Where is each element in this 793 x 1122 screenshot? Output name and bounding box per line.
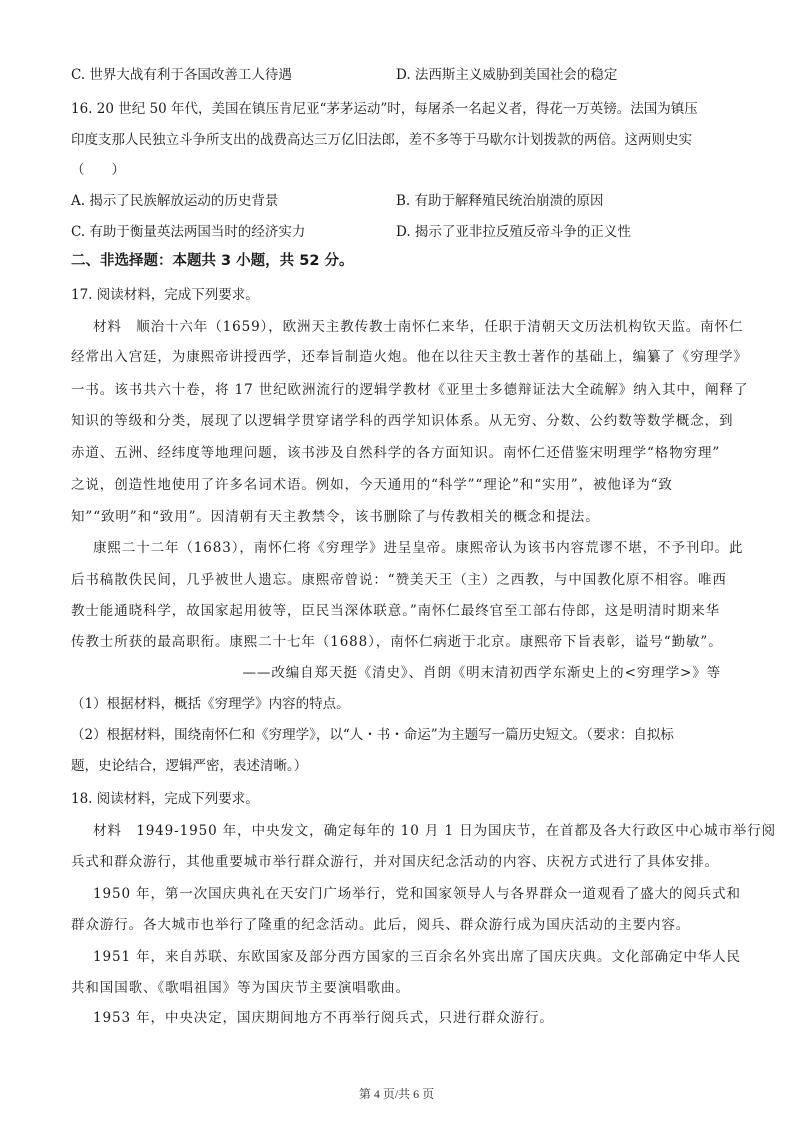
q17-material-line: 知识的等级和分类，展现了以逻辑学贯穿诸学科的西学知识体系。从无穷、分数、公约数等…	[71, 412, 733, 430]
q17-sub-question-2-cont: 题，史论结合，逻辑严密，表述清晰。）	[71, 757, 307, 775]
q17-source-citation: ——改编自郑天挺《清史》、肖朗《明末清初西学东渐史上的<穷理学>》等	[243, 664, 721, 682]
q17-material-line: 传教士所获的最高职衔。康熙二十七年（1688），南怀仁病逝于北京。康熙帝下旨表彰…	[71, 633, 723, 651]
q17-material-line: 之说，创造性地使用了许多名词术语。例如，今天通用的“科学”“理论”和“实用”，被…	[71, 476, 673, 494]
q17-sub-question-1: （1）根据材料，概括《穷理学》内容的特点。	[71, 695, 350, 713]
q17-material-line: 一书。该书共六十卷，将 17 世纪欧洲流行的逻辑学教材《亚里士多德辩证法大全疏解…	[71, 381, 748, 399]
section-heading: 二、非选择题：本题共 3 小题，共 52 分。	[71, 252, 353, 270]
q18-material-line: 材料 1949-1950 年，中央发文，确定每年的 10 月 1 日为国庆节，在…	[93, 822, 776, 840]
q16-option-a: A. 揭示了民族解放运动的历史背景	[71, 192, 278, 210]
q18-material-line: 1950 年，第一次国庆典礼在天安门广场举行，党和国家领导人与各界群众一道观看了…	[93, 885, 741, 903]
q16-stem-line-1: 16. 20 世纪 50 年代，美国在镇压肯尼亚“茅茅运动”时，每屠杀一名起义者…	[71, 100, 698, 118]
q17-material-line: 教士能通晓科学，故国家起用彼等，臣民当深体联意。”南怀仁最终官至工部右侍郎，这是…	[71, 602, 720, 620]
q18-material-line: 1953 年，中央决定，国庆期间地方不再举行阅兵式，只进行群众游行。	[93, 1009, 554, 1027]
q16-option-c: C. 有助于衡量英法两国当时的经济实力	[71, 223, 305, 241]
q15-option-d: D. 法西斯主义威胁到美国社会的稳定	[396, 66, 617, 84]
q16-answer-blank: （ ）	[71, 161, 125, 179]
q16-option-b: B. 有助于解释殖民统治崩溃的原因	[396, 192, 604, 210]
q17-title: 17. 阅读材料，完成下列要求。	[71, 286, 259, 304]
q17-material-line: 材料 顺治十六年（1659），欧洲天主教传教士南怀仁来华，任职于清朝天文历法机构…	[93, 318, 743, 336]
q17-material-line: 赤道、五洲、经纬度等地理问题，该书涉及自然科学的各方面知识。南怀仁还借鉴宋明理学…	[71, 444, 720, 462]
q16-option-d: D. 揭示了亚非拉反殖反帝斗争的正义性	[396, 223, 631, 241]
q18-material-line: 群众游行。各大城市也举行了隆重的纪念活动。此后，阅兵、群众游行成为国庆活动的主要…	[71, 916, 690, 934]
q17-material-line: 知”“致明”和“致用”。因清朝有天主教禁令，该书删除了与传教相关的概念和提法。	[71, 508, 600, 526]
page-number: 第 4 页/共 6 页	[0, 1085, 793, 1102]
q17-sub-question-2: （2）根据材料，围绕南怀仁和《穷理学》，以“人・书・命运”为主题写一篇历史短文。…	[71, 726, 674, 744]
q18-material-line: 共和国国歌、《歌唱祖国》等为国庆节主要演唱歌曲。	[71, 979, 410, 997]
q18-material-line: 1951 年，来自苏联、东欧国家及部分西方国家的三百余名外宾出席了国庆庆典。文化…	[93, 948, 741, 966]
q16-stem-line-2: 印度支那人民独立斗争所支出的战费高达三万亿旧法郎，差不多等于马歇尔计划拨款的两倍…	[71, 131, 692, 149]
q17-material-line: 康熙二十二年（1683），南怀仁将《穷理学》进呈皇帝。康熙帝认为该书内容荒谬不堪…	[93, 539, 743, 557]
q18-title: 18. 阅读材料，完成下列要求。	[71, 790, 259, 808]
q15-option-c: C. 世界大战有利于各国改善工人待遇	[71, 66, 292, 84]
q17-material-line: 经常出入宫廷，为康熙帝讲授西学，还奉旨制造火炮。他在以往天主教士著作的基础上，编…	[71, 348, 748, 366]
q17-material-line: 后书稿散佚民间，几乎被世人遗忘。康熙帝曾说：“赞美天王（主）之西教，与中国教化原…	[71, 571, 727, 589]
q18-material-line: 兵式和群众游行，其他重要城市举行群众游行，并对国庆纪念活动的内容、庆祝方式进行了…	[71, 853, 719, 871]
